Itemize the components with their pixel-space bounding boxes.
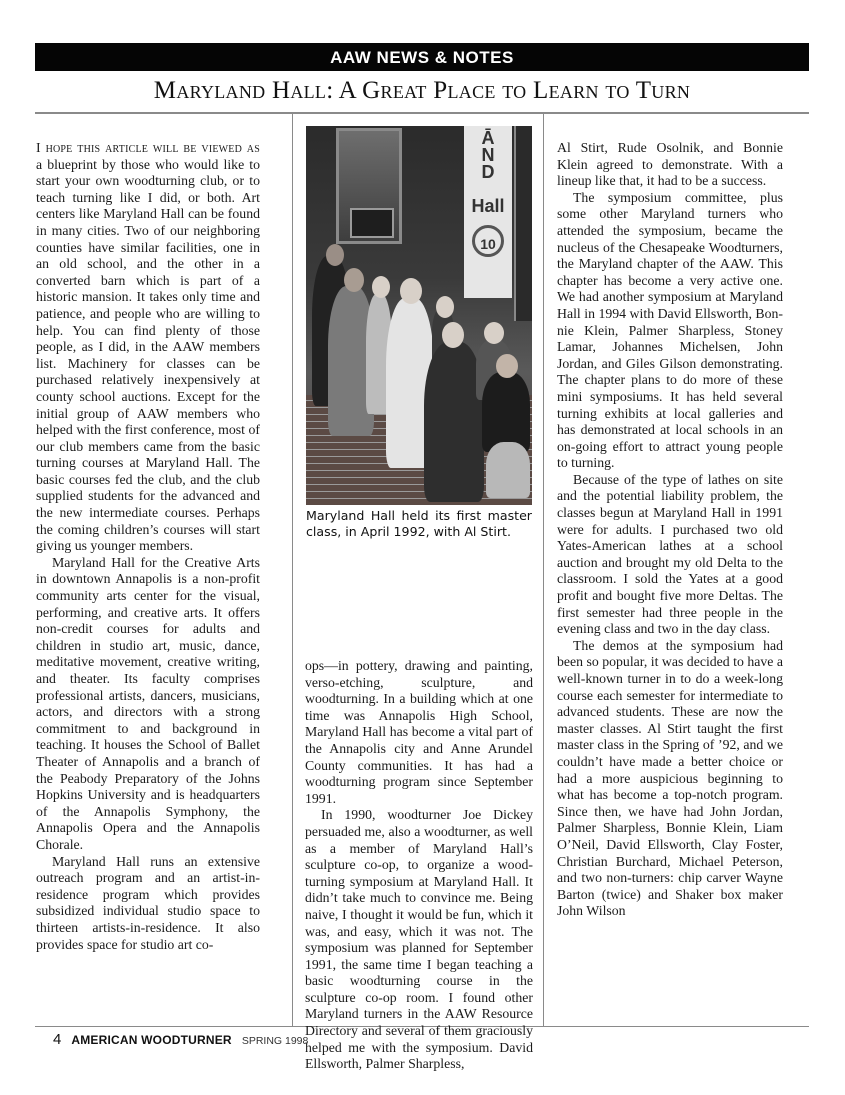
photo-right-window: [514, 126, 532, 321]
paragraph: Maryland Hall runs an extensive outreach…: [36, 854, 260, 954]
photo-person-head: [400, 278, 422, 304]
paragraph: I hope this article will be viewed as a …: [36, 140, 260, 555]
issue-date: SPRING 1998: [242, 1035, 309, 1047]
photo-person-head: [436, 296, 454, 318]
article-column-2: ops—in pottery, drawing and paint­ing, v…: [305, 658, 533, 1073]
photo-person-head: [484, 322, 504, 344]
paragraph: The demos at the symposium had been so p…: [557, 638, 783, 920]
photo-person: [486, 442, 530, 498]
paragraph: ops—in pottery, drawing and paint­ing, v…: [305, 658, 533, 807]
section-banner: AAW NEWS & NOTES: [35, 43, 809, 71]
photo-banner-sign: ĀNDHall10: [464, 126, 512, 298]
paragraph: Maryland Hall for the Creative Arts in d…: [36, 555, 260, 854]
paragraph: Because of the type of lathes on site an…: [557, 472, 783, 638]
paragraph: In 1990, woodturner Joe Dickey persuaded…: [305, 807, 533, 1073]
photo-person-head: [372, 276, 390, 298]
column-divider-2: [543, 113, 544, 1027]
photo-caption: Maryland Hall held its first master clas…: [306, 508, 532, 540]
lead-in: I hope this article will be viewed as: [36, 140, 260, 155]
photo-person-head: [326, 244, 344, 266]
page-footer: 4AMERICAN WOODTURNERSPRING 1998: [53, 1032, 308, 1049]
photo-person-head: [344, 268, 364, 292]
group-photo: ĀNDHall10: [306, 126, 532, 505]
magazine-name: AMERICAN WOODTURNER: [71, 1033, 231, 1047]
photo-person: [482, 372, 530, 452]
photo-person: [424, 342, 484, 502]
photo-air-conditioner: [350, 208, 394, 238]
article-column-1: I hope this article will be viewed as a …: [36, 140, 260, 953]
anniversary-seal: 10: [472, 225, 504, 257]
page-number: 4: [53, 1031, 61, 1048]
paragraph: The symposium committee, plus some other…: [557, 190, 783, 472]
photo-person-head: [442, 322, 464, 348]
column-divider-1: [292, 113, 293, 1027]
article-title: Maryland Hall: A Great Place to Learn to…: [35, 76, 809, 106]
photo-person-head: [496, 354, 518, 378]
paragraph: Al Stirt, Rude Osolnik, and Bonnie Klein…: [557, 140, 783, 190]
top-rule: [35, 112, 809, 114]
paragraph-text: a blueprint by those who would like to s…: [36, 157, 260, 554]
article-column-3: Al Stirt, Rude Osolnik, and Bonnie Klein…: [557, 140, 783, 920]
